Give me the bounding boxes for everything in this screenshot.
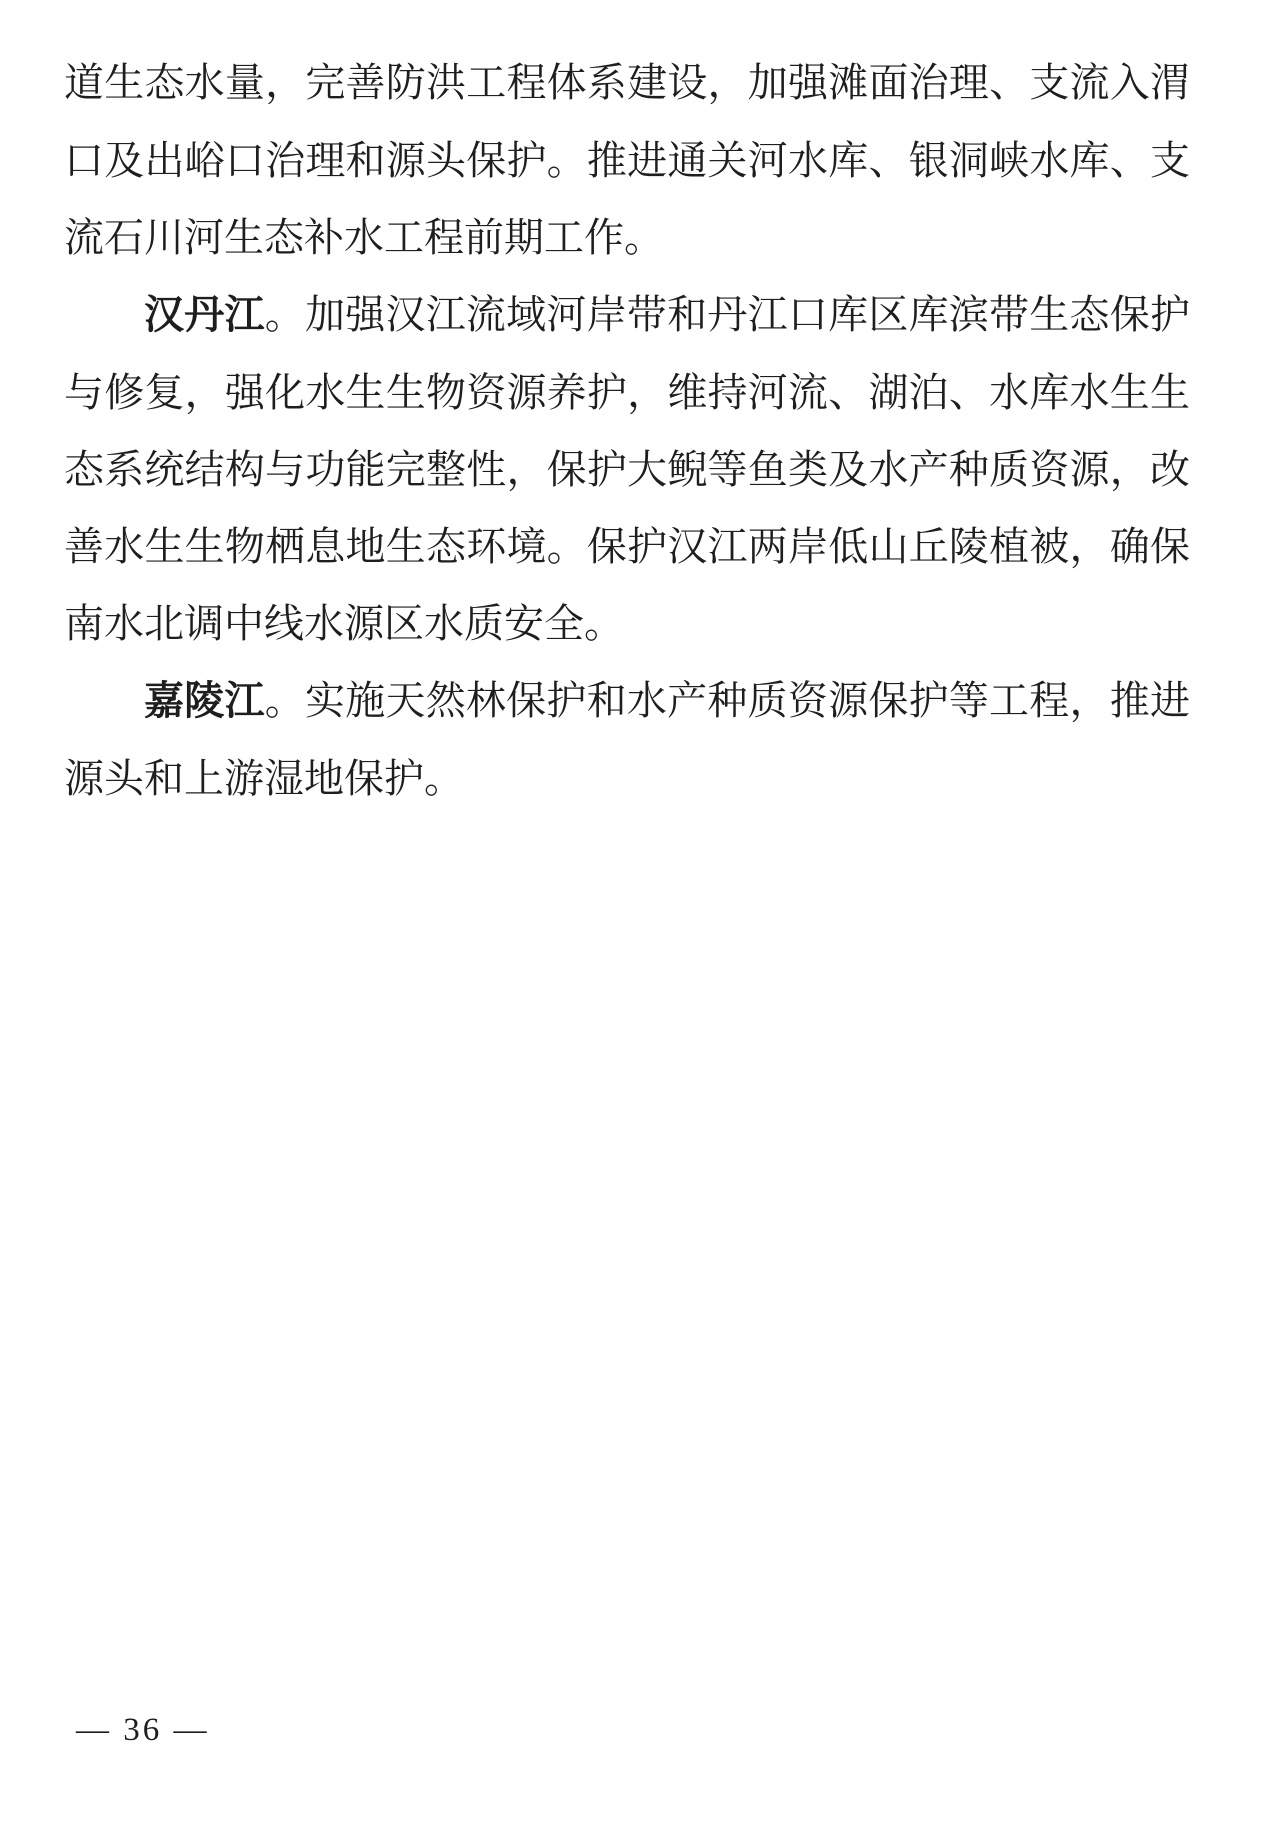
paragraph-text: 。加强汉江流域河岸带和丹江口库区库滨带生态保护与修复，强化水生生物资源养护，维持… xyxy=(64,292,1190,646)
document-body: 道生态水量，完善防洪工程体系建设，加强滩面治理、支流入渭口及出峪口治理和源头保护… xyxy=(64,44,1190,817)
paragraph-handanjiang: 汉丹江。加强汉江流域河岸带和丹江口库区库滨带生态保护与修复，强化水生生物资源养护… xyxy=(64,276,1190,662)
paragraph-weihe-continuation: 道生态水量，完善防洪工程体系建设，加强滩面治理、支流入渭口及出峪口治理和源头保护… xyxy=(64,44,1190,276)
paragraph-text: 道生态水量，完善防洪工程体系建设，加强滩面治理、支流入渭口及出峪口治理和源头保护… xyxy=(64,60,1190,260)
page-number: — 36 — xyxy=(76,1712,210,1749)
document-page: 道生态水量，完善防洪工程体系建设，加强滩面治理、支流入渭口及出峪口治理和源头保护… xyxy=(0,0,1280,1846)
paragraph-jialingjiang: 嘉陵江。实施天然林保护和水产种质资源保护等工程，推进源头和上游湿地保护。 xyxy=(64,662,1190,817)
paragraph-lead: 嘉陵江 xyxy=(144,679,265,723)
paragraph-lead: 汉丹江 xyxy=(144,293,265,337)
